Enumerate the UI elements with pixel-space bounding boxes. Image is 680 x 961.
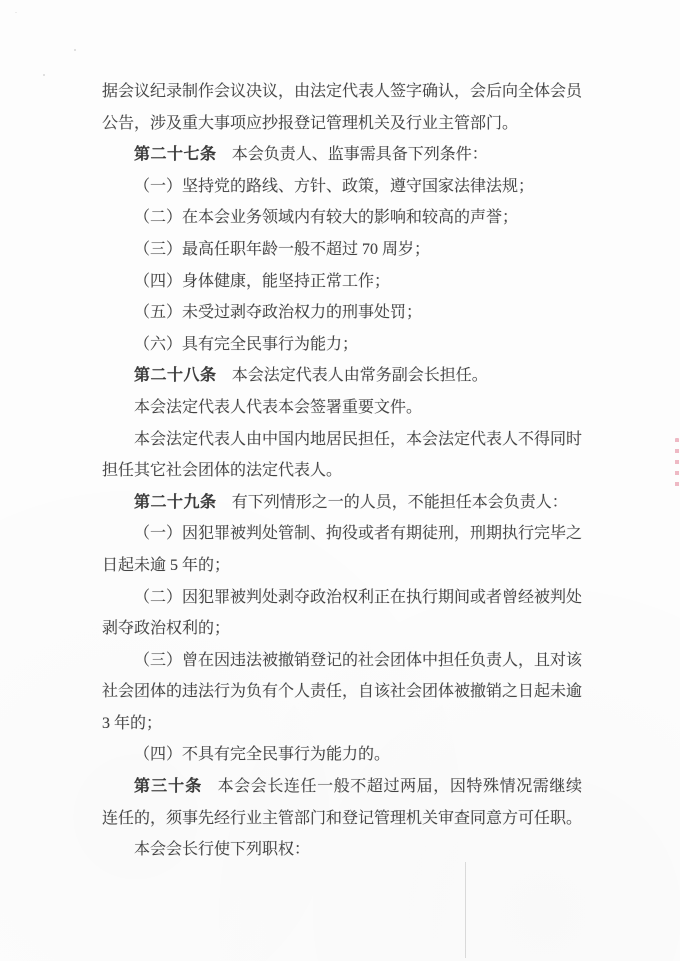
dust-speck (74, 49, 76, 51)
paragraph: （六）具有完全民事行为能力； (102, 329, 582, 361)
paragraph: （三）曾在因违法被撤销登记的社会团体中担任负责人，且对该社会团体的违法行为负有个… (102, 645, 582, 740)
paragraph-text: （一）坚持党的路线、方针、政策，遵守国家法律法规； (134, 178, 534, 195)
article-number: 第二十九条 (134, 494, 217, 511)
paragraph-text: 本会法定代表人由中国内地居民担任，本会法定代表人不得同时担任其它社会团体的法定代… (102, 431, 582, 480)
paragraph-text: （四）不具有完全民事行为能力的。 (134, 746, 390, 763)
paragraph-text: （二）在本会业务领域内有较大的影响和较高的声誉； (134, 209, 518, 226)
paragraph: 本会法定代表人由中国内地居民担任，本会法定代表人不得同时担任其它社会团体的法定代… (102, 424, 582, 487)
paragraph: 第二十九条有下列情形之一的人员，不能担任本会负责人： (102, 487, 582, 519)
paragraph: （一）因犯罪被判处管制、拘役或者有期徒刑，刑期执行完毕之日起未逾 5 年的； (102, 518, 582, 581)
paragraph-text: 本会会长行使下列职权： (134, 841, 310, 858)
scan-artifact-line (465, 862, 466, 958)
paragraph: （二）在本会业务领域内有较大的影响和较高的声誉； (102, 202, 582, 234)
paragraph-text: 本会法定代表人代表本会签署重要文件。 (134, 399, 422, 416)
scanned-page: 据会议纪录制作会议决议，由法定代表人签字确认，会后向全体会员公告，涉及重大事项应… (0, 0, 680, 961)
paragraph-text: （四）身体健康，能坚持正常工作； (134, 273, 390, 290)
paragraph-text: （一）因犯罪被判处管制、拘役或者有期徒刑，刑期执行完毕之日起未逾 5 年的； (102, 525, 582, 574)
paragraph-text: 本会负责人、监事需具备下列条件： (232, 146, 488, 163)
article-number: 第二十七条 (134, 146, 217, 163)
paragraph-text: （三）最高任职年龄一般不超过 70 周岁； (134, 241, 430, 258)
paragraph-text: 据会议纪录制作会议决议，由法定代表人签字确认，会后向全体会员公告，涉及重大事项应… (102, 83, 582, 132)
paragraph-text: 本会法定代表人由常务副会长担任。 (232, 367, 488, 384)
paragraph-text: （二）因犯罪被判处剥夺政治权利正在执行期间或者曾经被判处剥夺政治权利的； (102, 589, 582, 638)
article-number: 第三十条 (134, 778, 202, 795)
paragraph-text: （六）具有完全民事行为能力； (134, 336, 358, 353)
paragraph: （四）身体健康，能坚持正常工作； (102, 266, 582, 298)
dust-speck (15, 12, 17, 13)
paragraph: 第三十条本会会长连任一般不超过两届，因特殊情况需继续连任的，须事先经行业主管部门… (102, 771, 582, 834)
paragraph: （三）最高任职年龄一般不超过 70 周岁； (102, 234, 582, 266)
red-seal-edge-mark (675, 438, 679, 490)
paragraph: 第二十八条本会法定代表人由常务副会长担任。 (102, 360, 582, 392)
paragraph: （五）未受过剥夺政治权力的刑事处罚； (102, 297, 582, 329)
article-number: 第二十八条 (134, 367, 217, 384)
paragraph: 本会会长行使下列职权： (102, 834, 582, 866)
paragraph: 据会议纪录制作会议决议，由法定代表人签字确认，会后向全体会员公告，涉及重大事项应… (102, 76, 582, 139)
paragraph: 本会法定代表人代表本会签署重要文件。 (102, 392, 582, 424)
paragraph-text: （五）未受过剥夺政治权力的刑事处罚； (134, 304, 422, 321)
paragraph: （二）因犯罪被判处剥夺政治权利正在执行期间或者曾经被判处剥夺政治权利的； (102, 582, 582, 645)
paragraph: 第二十七条本会负责人、监事需具备下列条件： (102, 139, 582, 171)
paragraph-text: （三）曾在因违法被撤销登记的社会团体中担任负责人，且对该社会团体的违法行为负有个… (102, 652, 582, 732)
dust-speck (43, 74, 45, 76)
document-body: 据会议纪录制作会议决议，由法定代表人签字确认，会后向全体会员公告，涉及重大事项应… (102, 76, 582, 866)
paragraph: （四）不具有完全民事行为能力的。 (102, 739, 582, 771)
paragraph-text: 有下列情形之一的人员，不能担任本会负责人： (232, 494, 568, 511)
paragraph: （一）坚持党的路线、方针、政策，遵守国家法律法规； (102, 171, 582, 203)
